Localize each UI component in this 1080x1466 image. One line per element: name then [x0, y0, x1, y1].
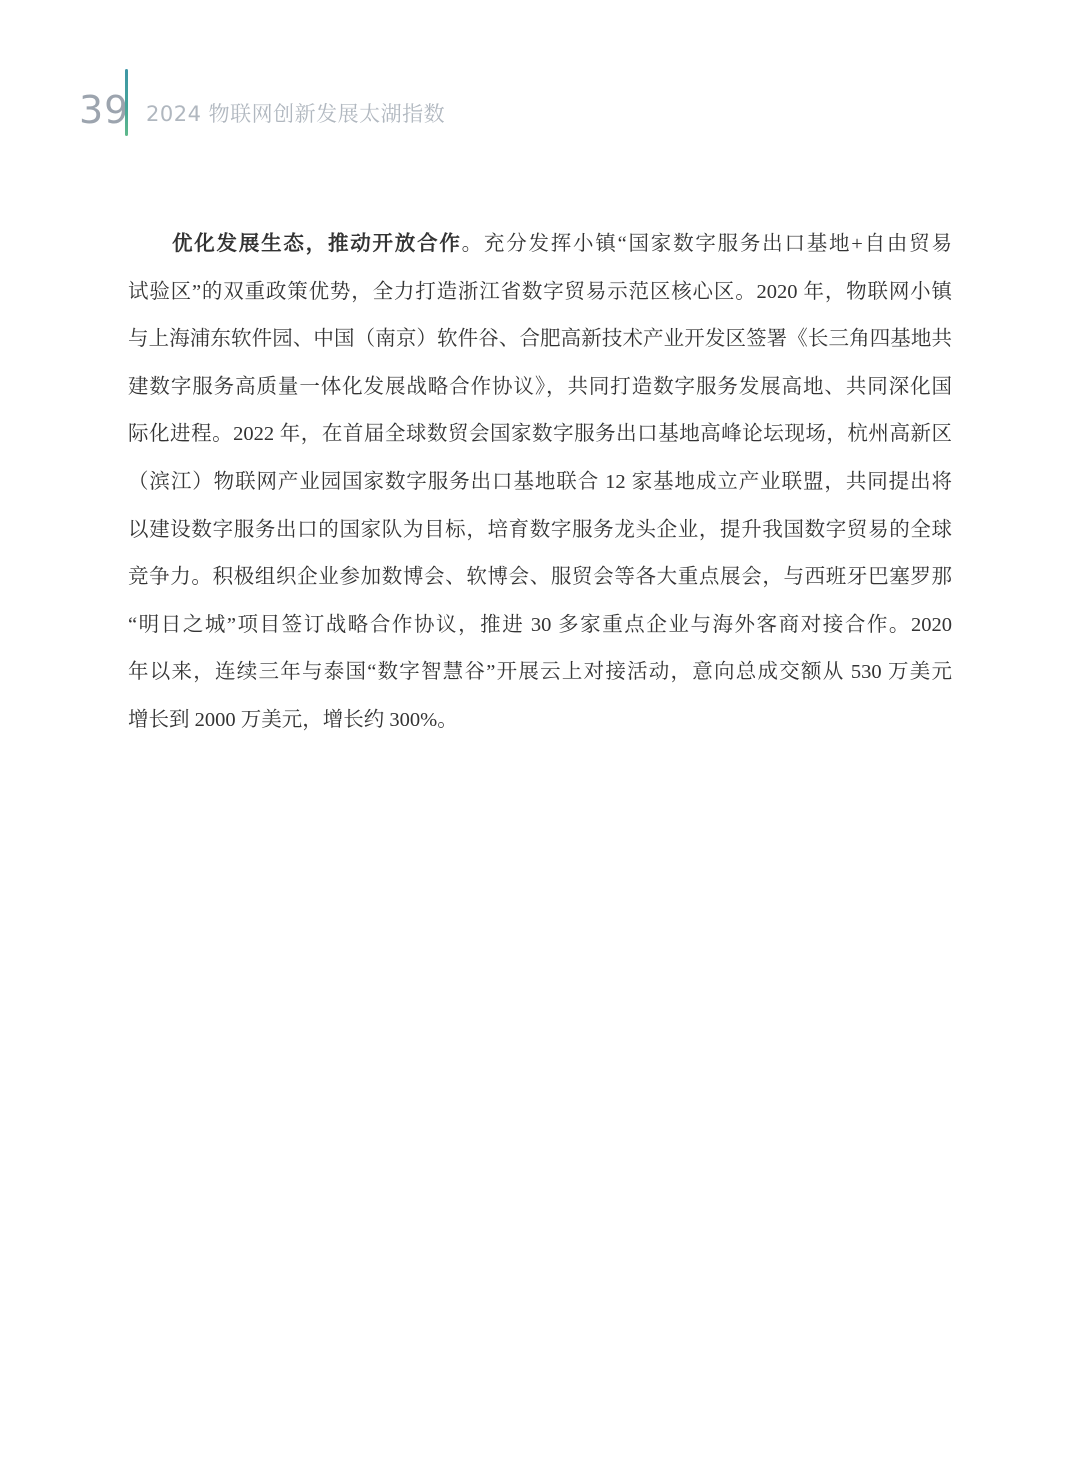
paragraph-line-1: 优化发展生态，推动开放合作。充分发挥小镇“国家数字服务出口基地+自由贸易	[128, 221, 952, 269]
paragraph-line-8: 竞争力。积极组织企业参加数博会、软博会、服贸会等各大重点展会，与西班牙巴塞罗那	[128, 554, 952, 602]
paragraph-line-7: 以建设数字服务出口的国家队为目标，培育数字服务龙头企业，提升我国数字贸易的全球	[128, 507, 952, 555]
paragraph-line-10: 年以来，连续三年与泰国“数字智慧谷”开展云上对接活动，意向总成交额从 530 万…	[128, 649, 952, 697]
paragraph-line-4: 建数字服务高质量一体化发展战略合作协议》，共同打造数字服务发展高地、共同深化国	[128, 364, 952, 412]
body-paragraph: 优化发展生态，推动开放合作。充分发挥小镇“国家数字服务出口基地+自由贸易 试验区…	[128, 221, 952, 745]
paragraph-line-5: 际化进程。2022 年，在首届全球数贸会国家数字服务出口基地高峰论坛现场，杭州高…	[128, 411, 952, 459]
paragraph-lead-rest: 。充分发挥小镇“国家数字服务出口基地+自由贸易	[462, 233, 952, 255]
paragraph-line-3: 与上海浦东软件园、中国（南京）软件谷、合肥高新技术产业开发区签署《长三角四基地共	[128, 316, 952, 364]
paragraph-line-11: 增长到 2000 万美元，增长约 300%。	[128, 697, 952, 745]
paragraph-line-6: （滨江）物联网产业园国家数字服务出口基地联合 12 家基地成立产业联盟，共同提出…	[128, 459, 952, 507]
page-number: 39	[79, 91, 129, 129]
paragraph-lead-bold: 优化发展生态，推动开放合作	[172, 233, 462, 255]
paragraph-line-9: “明日之城”项目签订战略合作协议，推进 30 多家重点企业与海外客商对接合作。2…	[128, 602, 952, 650]
header-divider	[125, 69, 128, 136]
paragraph-line-2: 试验区”的双重政策优势，全力打造浙江省数字贸易示范区核心区。2020 年，物联网…	[128, 269, 952, 317]
document-page: 39 2024 物联网创新发展太湖指数 优化发展生态，推动开放合作。充分发挥小镇…	[0, 0, 1080, 1466]
header-title: 2024 物联网创新发展太湖指数	[146, 102, 445, 126]
